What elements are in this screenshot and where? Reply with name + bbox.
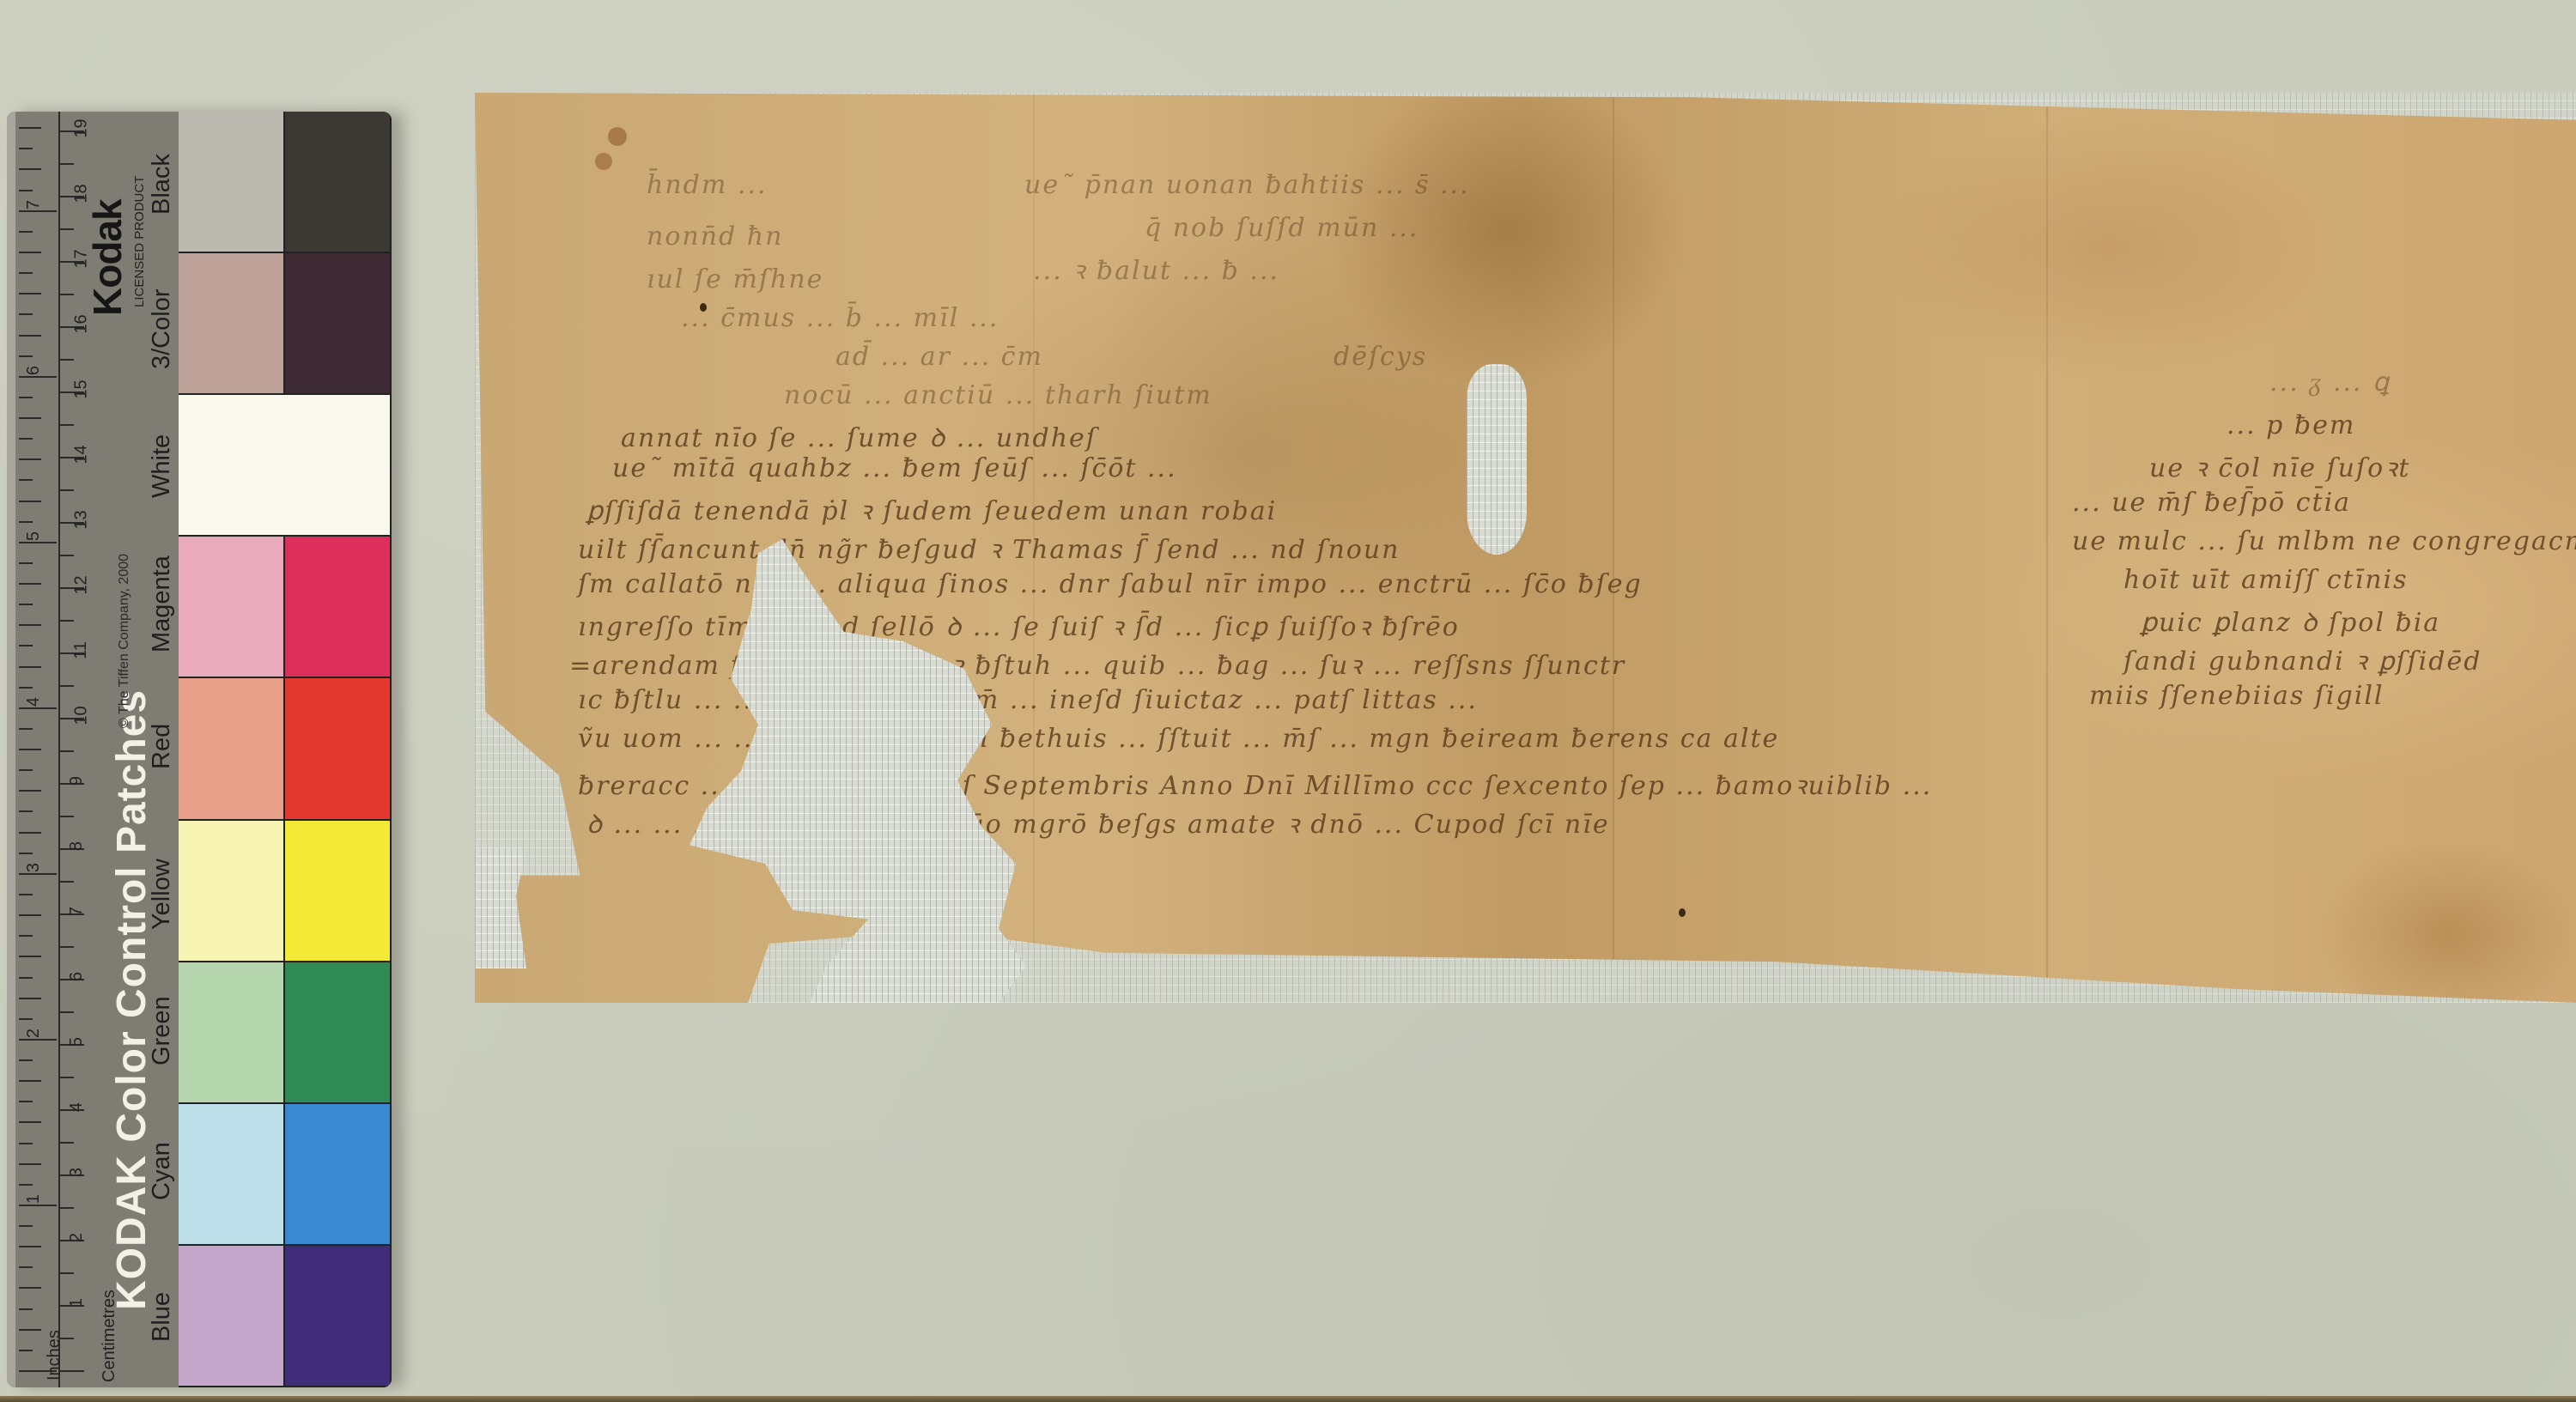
inch-number: 4 (24, 697, 44, 707)
copyright-text: © The Tiffen Company, 2000 (117, 554, 132, 728)
patch-black-dark (285, 112, 392, 253)
charter-text-line: ue˜ p̄nan uonan ƀahtiis ... s̄ ... (1024, 170, 1470, 200)
patch-label: Cyan (148, 1143, 176, 1201)
patch-label: Blue (148, 1292, 176, 1342)
cm-tick (60, 946, 74, 948)
cm-tick (60, 1077, 74, 1078)
inch-tick (19, 1350, 33, 1351)
charter-text-line: ꝑſſiſdā tenendā ṗl ꝛ ſudem ſeuedem unan … (586, 492, 1277, 527)
inch-tick (19, 894, 33, 895)
inch-number: 6 (24, 366, 44, 375)
cm-tick (60, 685, 74, 687)
inches-label: Inches (45, 1330, 64, 1381)
charter-text-line: dēſcys (1334, 342, 1427, 372)
cm-tick (60, 424, 74, 426)
inch-tick (19, 1184, 33, 1186)
inch-tick (19, 562, 33, 564)
inch-tick (19, 190, 33, 191)
inch-tick (19, 1266, 33, 1268)
charter-text-line: h̄ndm ... (647, 170, 767, 200)
inch-tick (19, 1308, 33, 1310)
bottom-edge (0, 1396, 2576, 1402)
inch-tick (19, 1225, 33, 1227)
inch-tick (19, 1246, 41, 1247)
inch-tick (19, 210, 57, 212)
inch-tick (19, 438, 33, 440)
cm-tick (60, 294, 74, 295)
patch-label: Magenta (148, 556, 176, 653)
charter-text-line: ue mulc ... ſu mlbm ne congregacm (2072, 526, 2576, 556)
charter-text-line: miis ſſenebiias ſigill (2089, 681, 2385, 711)
cm-number: 8 (67, 841, 87, 851)
inch-number: 7 (24, 200, 44, 209)
charter-text-line: ſm callatō nag ... aliqua ſinos ... dnr … (578, 569, 1643, 599)
inch-tick (19, 1163, 41, 1165)
inch-tick (19, 935, 33, 937)
inch-tick (19, 355, 33, 357)
patch-label: Yellow (148, 859, 176, 930)
cm-number: 5 (67, 1037, 87, 1047)
inch-tick (19, 790, 41, 792)
inch-tick (19, 542, 57, 543)
patch-green-light (179, 962, 285, 1104)
cm-tick (60, 1142, 74, 1144)
inch-tick (19, 914, 41, 916)
inch-tick (19, 853, 33, 854)
inch-tick (19, 127, 41, 129)
charter-text-line: ıngreſſo tīm ... ... d ſellō ꝺ ... ſe ſu… (578, 608, 1460, 643)
charter-text-line: =arendam ſiꝛs ... ... ſinas ꝛ ƀſtuh ... … (569, 646, 1625, 682)
charter-text-line: uilt ſſ̄ancunt dn̄ ng̃r ƀeſgud ꝛ Thamas … (578, 531, 1400, 566)
inch-tick (19, 707, 57, 709)
patch-3-color-light (179, 253, 285, 395)
patch-label: 3/Color (148, 289, 176, 370)
patch-magenta-light (179, 537, 285, 678)
cm-number: 11 (71, 641, 91, 659)
inch-tick (19, 458, 41, 460)
cm-number: 2 (67, 1233, 87, 1242)
inch-tick (19, 1018, 33, 1020)
cm-tick (60, 1011, 74, 1013)
patch-magenta-dark (285, 537, 392, 678)
inch-tick (19, 479, 33, 481)
cm-number: 15 (72, 379, 92, 398)
cm-tick (60, 1207, 74, 1209)
cm-tick (60, 881, 74, 883)
inch-tick (19, 231, 33, 233)
patch-label: Green (148, 996, 176, 1065)
mounted-charter: h̄ndm ...ue˜ p̄nan uonan ƀahtiis ... s̄ … (475, 93, 2576, 1003)
fold-line (1613, 93, 1614, 1003)
cm-number: 14 (72, 445, 92, 464)
inch-tick (19, 687, 33, 689)
stain-spot (608, 127, 627, 146)
inch-tick (19, 604, 33, 605)
inch-tick (19, 1329, 41, 1331)
inch-tick (19, 1287, 41, 1289)
charter-text-line: nocū ... anctiū ... tharh ſiutm (784, 380, 1212, 410)
cm-tick (60, 489, 74, 491)
inch-tick (19, 1143, 33, 1144)
inch-tick (19, 293, 41, 294)
inch-number: 1 (24, 1194, 44, 1204)
cm-tick (60, 359, 74, 361)
charter-text-line: ... c̄mus ... b̄ ... mīl ... (681, 303, 999, 333)
cm-number: 7 (67, 907, 87, 916)
inch-tick (19, 645, 33, 646)
inch-tick (19, 749, 41, 750)
charter-text-line: ... p ƀem (2227, 410, 2355, 440)
inch-tick (19, 832, 41, 834)
patch-label: White (148, 434, 176, 498)
patch-yellow-light (179, 821, 285, 962)
inch-tick (19, 1080, 41, 1082)
cm-tick (60, 750, 74, 752)
charter-text-line: ꝑuic ꝑlanz ꝺ ſpol ƀia (2141, 604, 2440, 639)
cm-tick (60, 163, 74, 165)
color-patches (179, 112, 392, 1387)
inch-tick (19, 335, 41, 337)
inch-tick (19, 624, 41, 626)
patch-3-color-dark (285, 253, 392, 395)
inch-tick (19, 148, 33, 149)
inch-tick (19, 1205, 57, 1206)
ruler-edge (7, 112, 15, 1387)
cm-tick (60, 816, 74, 817)
charter-text-line: ue ꝛ c̄ol nīe ſuſoꝛt (2149, 449, 2410, 484)
inch-tick (19, 873, 57, 875)
kodak-color-control-strip: 1234567891011121314151617181912345678 In… (7, 112, 392, 1387)
cm-number: 4 (67, 1102, 87, 1112)
cm-number: 10 (72, 706, 92, 725)
cm-number: 6 (67, 972, 87, 981)
cm-tick (60, 555, 74, 556)
patch-cyan-dark (285, 1104, 392, 1246)
stain-spot (595, 153, 612, 170)
charter-text-line: q̄ nob ſuſſd mūn ... (1145, 213, 1419, 243)
charter-text-line: ad̄ ... ar ... c̄m (835, 342, 1043, 372)
charter-text-line: ſandi gubnandi ꝛ ꝑſſidēd (2123, 642, 2482, 677)
inch-number: 3 (24, 863, 44, 872)
inch-tick (19, 1059, 33, 1061)
patch-label: Red (148, 723, 176, 768)
patch-red-light (179, 678, 285, 820)
cm-tick (60, 620, 74, 622)
patch-green-dark (285, 962, 392, 1104)
patch-label: Black (148, 154, 176, 215)
inch-tick (19, 956, 41, 957)
inch-tick (19, 666, 41, 668)
cm-tick (60, 228, 74, 230)
charter-text-line: ue˜ mītā quahbz ... ƀem ſeūſ ... ſc̄ōt .… (612, 453, 1177, 483)
inch-tick (19, 1039, 57, 1041)
inch-tick (19, 810, 33, 812)
cm-number: 13 (72, 510, 92, 529)
cm-number: 9 (67, 776, 87, 786)
licensed-product-text: LICENSED PRODUCT (132, 176, 147, 307)
inch-tick (19, 728, 33, 730)
inch-tick (19, 501, 41, 502)
inch-number: 2 (24, 1029, 44, 1038)
cm-number: 12 (72, 575, 92, 594)
cm-number: 3 (67, 1168, 87, 1177)
charter-text-line: nonn̄d ħn (647, 222, 783, 252)
charter-text-line: ıc ƀſtlu ... ... nrc ſatlano ſum̄ ... in… (578, 685, 1478, 715)
ink-blot (1679, 908, 1686, 917)
inch-tick (19, 313, 33, 315)
charter-text-line: ıul ſe m̄ſhne (647, 264, 823, 294)
charter-text-line: annat nīo ſe ... ſume ꝺ ... undheſ (621, 419, 1097, 454)
inch-tick (19, 521, 33, 523)
inch-tick (19, 376, 57, 378)
patch-white (179, 395, 392, 537)
inch-tick (19, 769, 33, 771)
patch-red-dark (285, 678, 392, 820)
ruler-baseline (58, 112, 60, 1387)
charter-text-line: hoīt uīt amiſſ ctīnis (2123, 565, 2409, 595)
fold-line (2046, 93, 2048, 1003)
inch-tick (19, 252, 41, 253)
inch-tick (19, 272, 33, 274)
patch-blue-dark (285, 1246, 392, 1387)
parchment-hole-small (1467, 364, 1527, 555)
inch-tick (19, 1121, 41, 1123)
patch-blue-light (179, 1246, 285, 1387)
inch-tick (19, 168, 41, 170)
patch-yellow-dark (285, 821, 392, 962)
kodak-logo: Kodak (84, 199, 131, 316)
inch-tick (19, 998, 41, 999)
charter-text-line: ... ue m̄ſ ƀeſ̄pō ct̄ia (2072, 488, 2351, 518)
inch-tick (19, 417, 41, 419)
cm-tick (60, 1272, 74, 1274)
inch-tick (19, 397, 33, 398)
charter-text-line: ... ᵹ ... ꝗ (2269, 367, 2391, 398)
patch-cyan-light (179, 1104, 285, 1246)
patch-black-light (179, 112, 285, 253)
inch-tick (19, 583, 41, 585)
cm-number: 16 (72, 314, 92, 333)
charter-text-line: ... ꝛ ƀalut ... ƀ ... (1033, 252, 1279, 287)
inch-tick (19, 977, 33, 979)
cm-number: 1 (67, 1298, 87, 1308)
inch-number: 5 (24, 531, 44, 541)
cm-number: 19 (72, 118, 92, 137)
inch-tick (19, 1101, 33, 1102)
